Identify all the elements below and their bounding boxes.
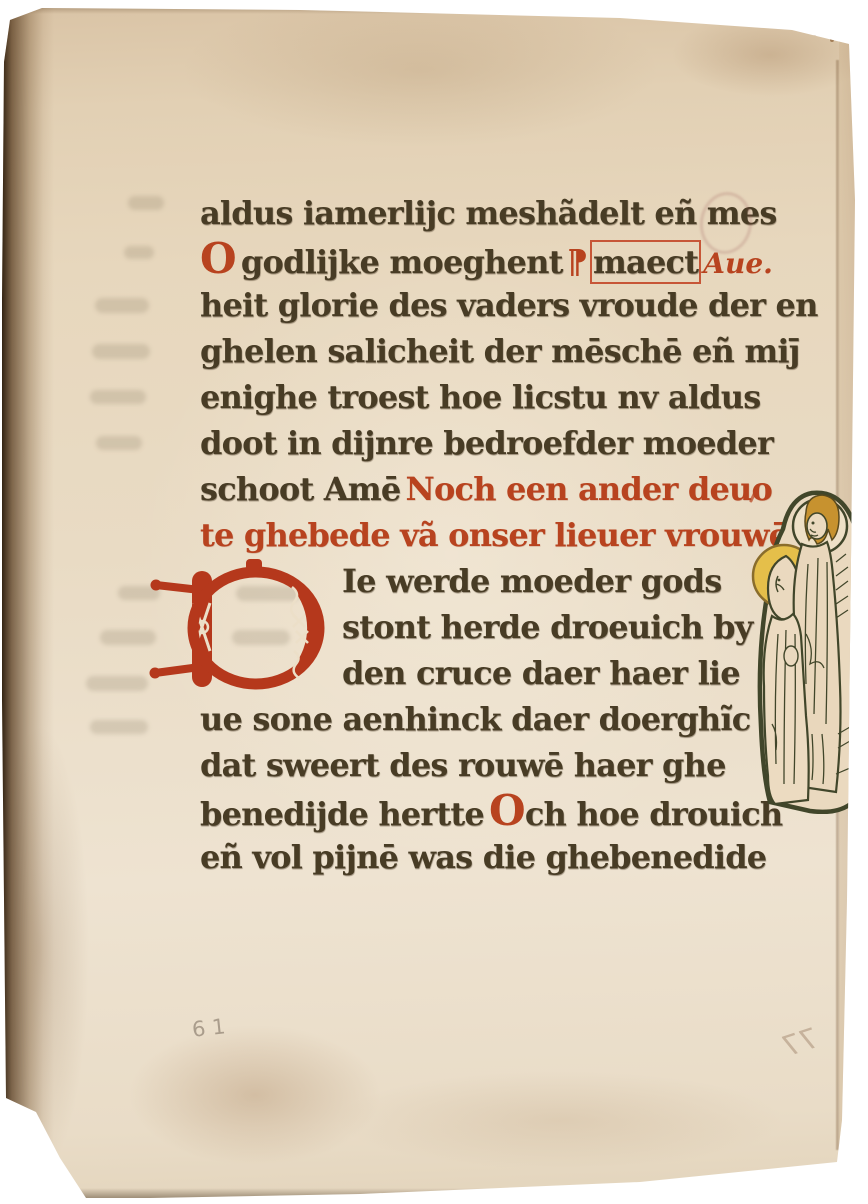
text-segment-ink: dat sweert des rouwē haer ghe	[200, 746, 726, 784]
manuscript-line-6: doot in dijnre bedroefder moeder	[200, 420, 800, 466]
text-segment-ink: benedijde hertte	[200, 795, 484, 833]
text-segment-boxed: maect	[593, 243, 698, 281]
manuscript-line-7: schoot Amē Noch een ander deuo	[200, 466, 800, 512]
text-segment-ink: den cruce daer haer lie	[342, 654, 740, 692]
manuscript-line-4: ghelen salicheit der mēschē eñ mij̄	[200, 328, 800, 374]
ghost-text-smudge	[124, 246, 154, 259]
text-segment-redcap: O	[489, 786, 525, 835]
text-segment-red: Noch een ander deuo	[406, 470, 773, 508]
text-segment-ink: ch hoe drouich	[525, 795, 783, 833]
text-segment-ink: ue sone aenhinck daer doerghĩc	[200, 700, 750, 738]
manuscript-line-14: benedijde hertte Och hoe drouich	[200, 788, 800, 834]
manuscript-line-12: ue sone aenhinck daer doerghĩc	[200, 696, 800, 742]
page-top-edge	[0, 0, 868, 14]
initial-d-drawing	[146, 551, 330, 695]
manuscript-line-15: eñ vol pijnē was die ghebenedide	[200, 834, 800, 880]
text-block: aldus iamerlijc meshãdelt eñ mesO godlij…	[200, 190, 800, 880]
ghost-text-smudge	[128, 196, 164, 210]
text-segment-redcap: O	[200, 234, 236, 283]
manuscript-line-3: heit glorie des vaders vroude der en	[200, 282, 800, 328]
text-segment-ink: enighe troest hoe licstu nv aldus	[200, 378, 760, 416]
manuscript-photo: aldus iamerlijc meshãdelt eñ mesO godlij…	[0, 0, 868, 1204]
text-segment-red: te ghebede vã onser lieuer vrouwē	[200, 516, 788, 554]
text-segment-ink: godlijke moeghent	[241, 243, 563, 281]
pencil-note-bottom-right: 77	[778, 1021, 822, 1063]
text-segment-ink: eñ vol pijnē was die ghebenedide	[200, 838, 766, 876]
mary-hands	[784, 646, 798, 666]
deckle-edge-spots	[768, 18, 776, 26]
text-segment-ink: ghelen salicheit der mēschē eñ mij̄	[200, 332, 800, 370]
text-segment-ink: schoot Amē	[200, 470, 400, 508]
manuscript-line-13: dat sweert des rouwē haer ghe	[200, 742, 800, 788]
ghost-text-smudge	[96, 436, 142, 450]
ghost-text-smudge	[92, 344, 150, 359]
text-segment-ink: doot in dijnre bedroefder moeder	[200, 424, 773, 462]
marginal-illustration	[748, 484, 855, 814]
ghost-text-smudge	[95, 298, 149, 313]
text-segment-ink: heit glorie des vaders vroude der en	[200, 286, 818, 324]
pencil-note-bottom-left: 6 1	[191, 1014, 227, 1041]
text-segment-ink: Ie werde moeder gods	[342, 562, 722, 600]
binding-gutter-shadow	[0, 0, 54, 1204]
page-bottom-edge	[60, 1188, 850, 1200]
ghost-text-smudge	[86, 676, 148, 691]
text-segment-ink: aldus iamerlijc meshãdelt eñ mes	[200, 194, 777, 232]
manuscript-page: aldus iamerlijc meshãdelt eñ mesO godlij…	[0, 0, 868, 1204]
crucifixion-mourners-drawing	[748, 484, 855, 814]
illuminated-initial-d	[146, 551, 330, 695]
text-segment-ink: stont herde droeuich by	[342, 608, 753, 646]
text-segment-ave: Aue.	[703, 247, 773, 280]
ghost-text-smudge	[90, 720, 148, 734]
text-segment-pilcrow: ¶	[568, 239, 588, 285]
ghost-text-smudge	[90, 390, 146, 404]
manuscript-line-5: enighe troest hoe licstu nv aldus	[200, 374, 800, 420]
